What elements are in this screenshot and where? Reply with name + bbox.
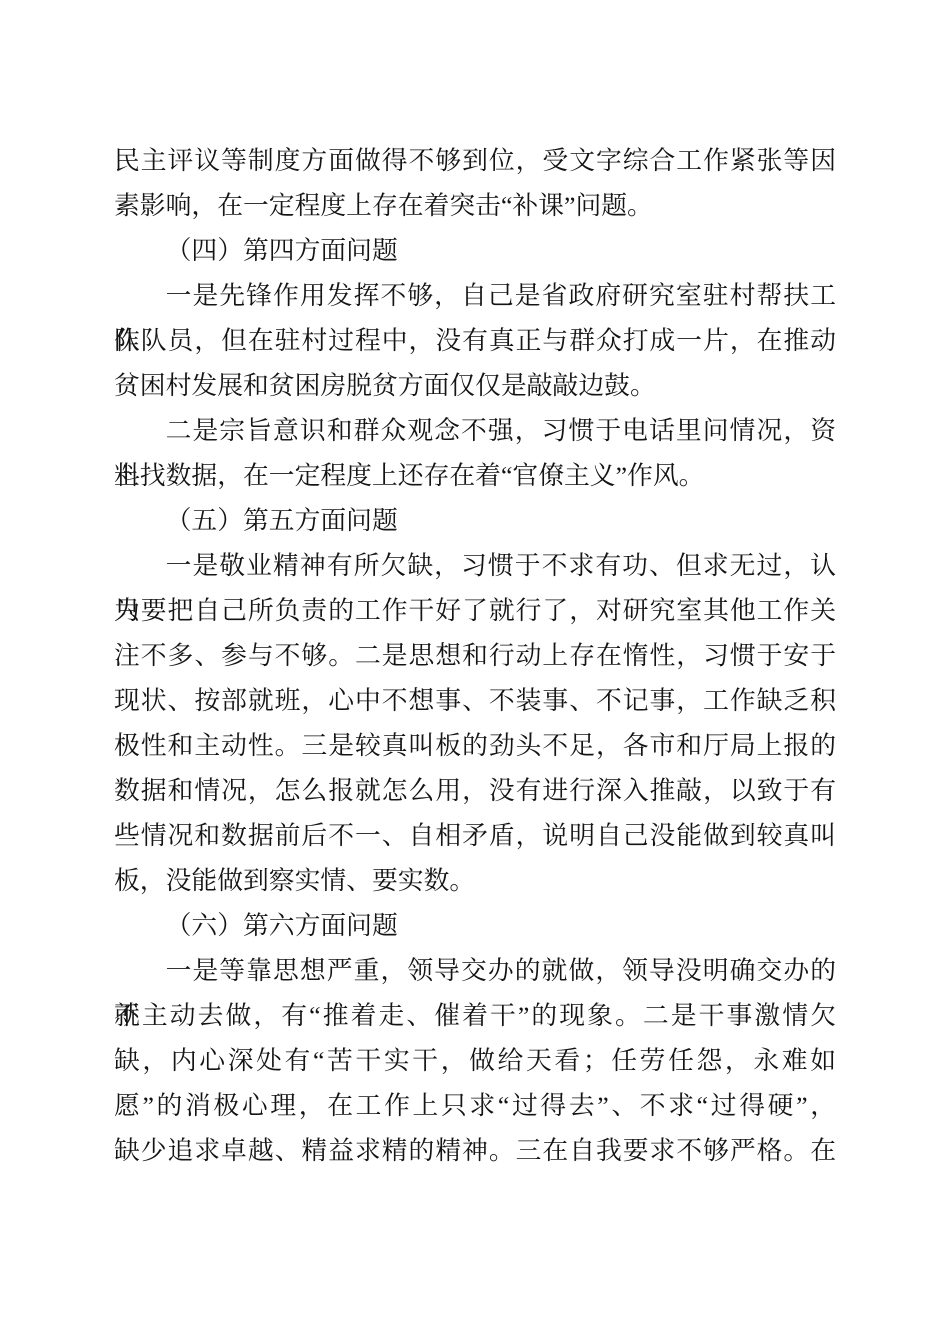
text-line: 上找数据，在一定程度上还存在着“官僚主义”作风。 — [114, 453, 836, 498]
text-line: 些情况和数据前后不一、自相矛盾，说明自己没能做到较真叫 — [114, 813, 836, 858]
text-line: 愿”的消极心理，在工作上只求“过得去”、不求“过得硬”， — [114, 1083, 836, 1128]
paragraph-section-six-body: 一是等靠思想严重，领导交办的就做，领导没明确交办的就 不主动去做，有“推着走、催… — [114, 948, 836, 1173]
text-line: 数据和情况，怎么报就怎么用，没有进行深入推敲，以致于有 — [114, 768, 836, 813]
text-line: 只要把自己所负责的工作干好了就行了，对研究室其他工作关 — [114, 588, 836, 633]
heading-line: （五）第五方面问题 — [114, 498, 836, 543]
text-line: 注不多、参与不够。二是思想和行动上存在惰性，习惯于安于 — [114, 633, 836, 678]
text-line: 缺，内心深处有“苦干实干，做给天看；任劳任怨，永难如 — [114, 1038, 836, 1083]
section-heading-six: （六）第六方面问题 — [114, 903, 836, 948]
text-line: 现状、按部就班，心中不想事、不装事、不记事，工作缺乏积 — [114, 678, 836, 723]
text-line: 队队员，但在驻村过程中，没有真正与群众打成一片，在推动 — [114, 318, 836, 363]
text-line: 素影响，在一定程度上存在着突击“补课”问题。 — [114, 183, 836, 228]
paragraph-section-four-item-two: 二是宗旨意识和群众观念不强，习惯于电话里问情况，资料 上找数据，在一定程度上还存… — [114, 408, 836, 498]
text-line: 一是先锋作用发挥不够，自己是省政府研究室驻村帮扶工作 — [114, 273, 836, 318]
paragraph-section-four-item-one: 一是先锋作用发挥不够，自己是省政府研究室驻村帮扶工作 队队员，但在驻村过程中，没… — [114, 273, 836, 408]
text-line: 板，没能做到察实情、要实数。 — [114, 858, 836, 903]
paragraph-section-five-body: 一是敬业精神有所欠缺，习惯于不求有功、但求无过，认为 只要把自己所负责的工作干好… — [114, 543, 836, 903]
text-line: 极性和主动性。三是较真叫板的劲头不足，各市和厅局上报的 — [114, 723, 836, 768]
text-line: 一是敬业精神有所欠缺，习惯于不求有功、但求无过，认为 — [114, 543, 836, 588]
text-line: 民主评议等制度方面做得不够到位，受文字综合工作紧张等因 — [114, 138, 836, 183]
section-heading-five: （五）第五方面问题 — [114, 498, 836, 543]
section-heading-four: （四）第四方面问题 — [114, 228, 836, 273]
document-page: 民主评议等制度方面做得不够到位，受文字综合工作紧张等因 素影响，在一定程度上存在… — [0, 0, 950, 1344]
text-line: 二是宗旨意识和群众观念不强，习惯于电话里问情况，资料 — [114, 408, 836, 453]
heading-line: （四）第四方面问题 — [114, 228, 836, 273]
page-text-content: 民主评议等制度方面做得不够到位，受文字综合工作紧张等因 素影响，在一定程度上存在… — [114, 138, 836, 1173]
paragraph-continuation: 民主评议等制度方面做得不够到位，受文字综合工作紧张等因 素影响，在一定程度上存在… — [114, 138, 836, 228]
text-line: 不主动去做，有“推着走、催着干”的现象。二是干事激情欠 — [114, 993, 836, 1038]
text-line: 贫困村发展和贫困房脱贫方面仅仅是敲敲边鼓。 — [114, 363, 836, 408]
text-line: 一是等靠思想严重，领导交办的就做，领导没明确交办的就 — [114, 948, 836, 993]
text-line: 缺少追求卓越、精益求精的精神。三在自我要求不够严格。在 — [114, 1128, 836, 1173]
heading-line: （六）第六方面问题 — [114, 903, 836, 948]
